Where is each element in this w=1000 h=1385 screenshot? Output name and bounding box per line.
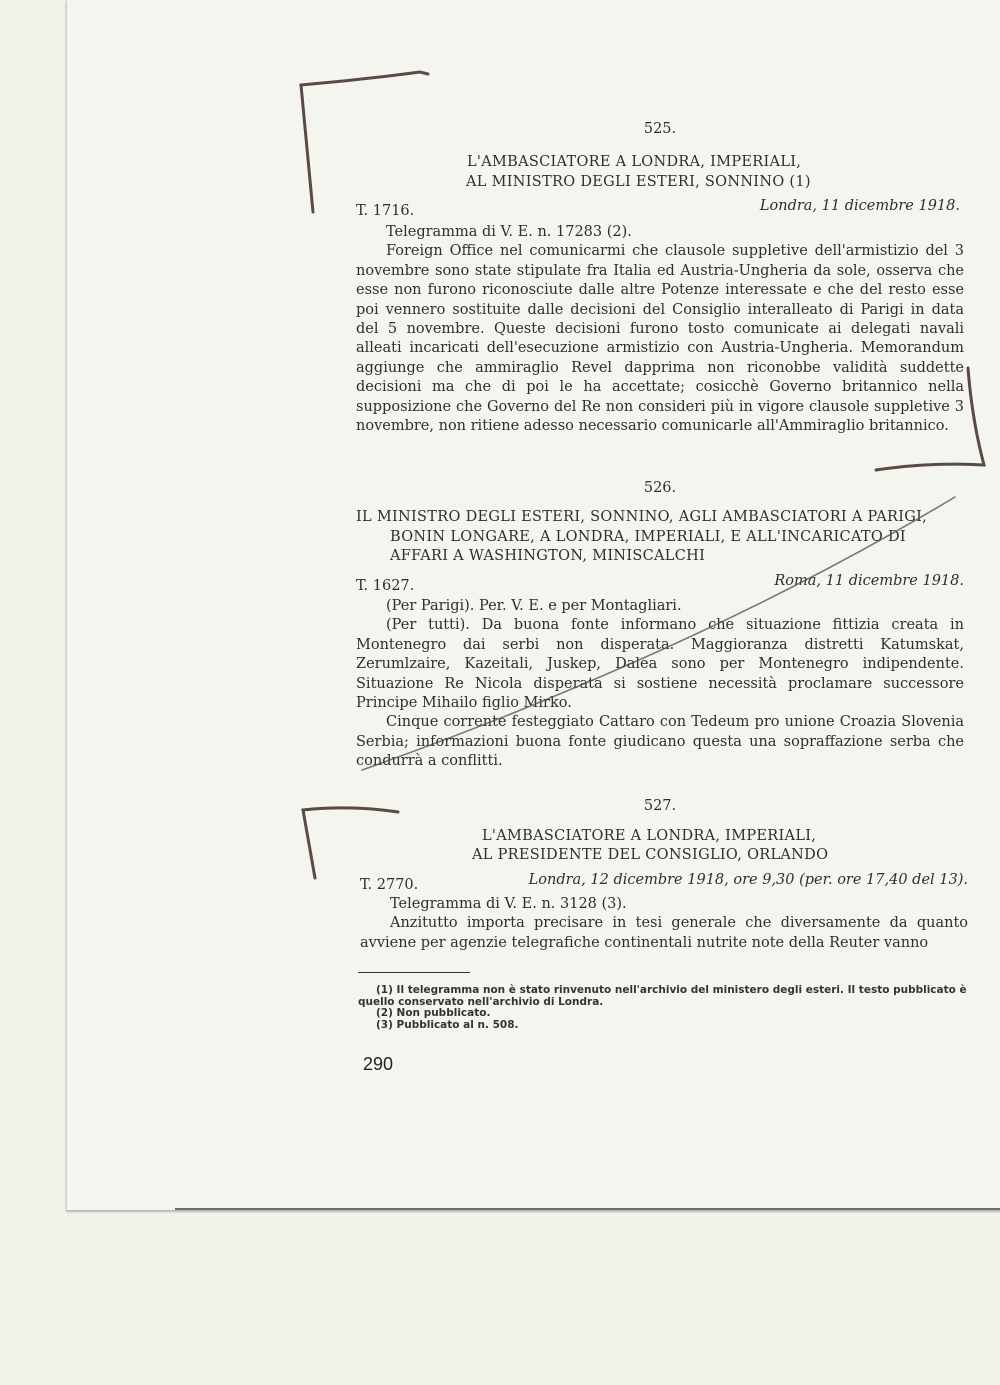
document-page: 525. L'AMBASCIATORE A LONDRA, IMPERIALI,… — [0, 0, 1000, 1385]
pen-annotations — [0, 0, 1000, 1385]
bracket-mark-top-left-525 — [301, 72, 428, 212]
bracket-mark-bottom-right-525 — [876, 368, 984, 470]
strike-line-526 — [362, 497, 955, 770]
bracket-mark-top-left-527 — [303, 808, 398, 878]
